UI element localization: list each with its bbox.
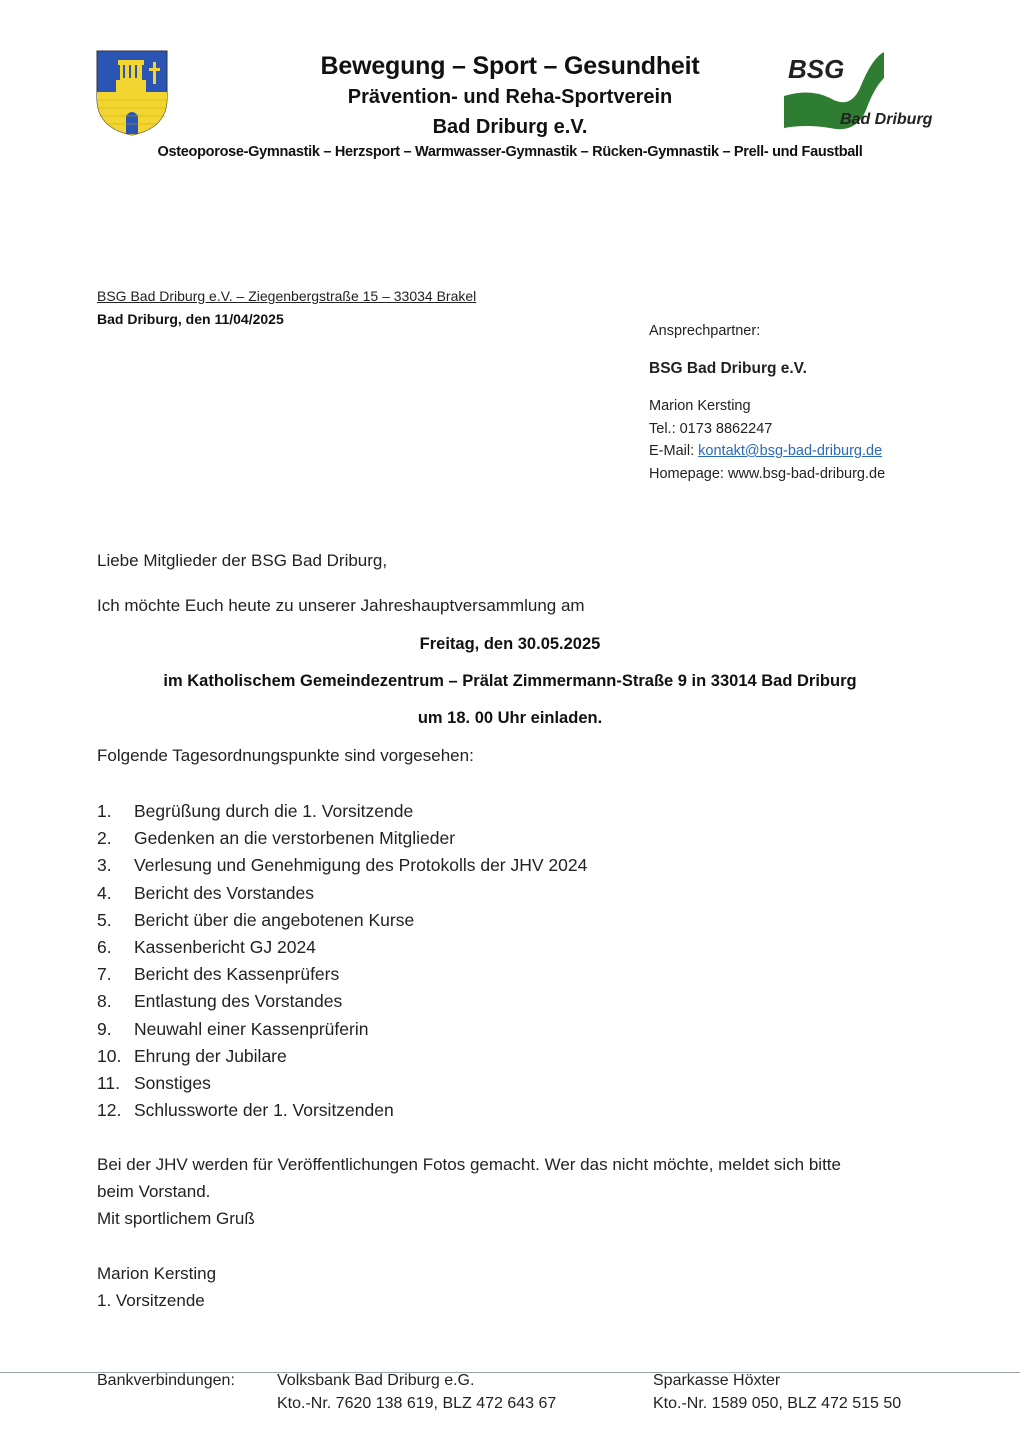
contact-org: BSG Bad Driburg e.V. (649, 358, 885, 381)
event-time: um 18. 00 Uhr einladen. (0, 709, 1020, 728)
bank2-account: Kto.-Nr. 1589 050, BLZ 472 515 50 (653, 1392, 901, 1415)
agenda-item-number: 7. (97, 963, 134, 990)
agenda-item: 5.Bericht über die angebotenen Kurse (97, 909, 587, 936)
signature-name: Marion Kersting (97, 1264, 216, 1284)
agenda-item-text: Begrüßung durch die 1. Vorsitzende (134, 800, 413, 827)
bank1-name: Volksbank Bad Driburg e.G. (277, 1369, 556, 1392)
header-org-name: Bad Driburg e.V. (0, 116, 1020, 139)
agenda-item-number: 8. (97, 990, 134, 1017)
agenda-item-number: 3. (97, 854, 134, 881)
agenda-intro: Folgende Tagesordnungspunkte sind vorges… (97, 746, 474, 766)
agenda-item-number: 6. (97, 936, 134, 963)
bank1-account: Kto.-Nr. 7620 138 619, BLZ 472 643 67 (277, 1392, 556, 1415)
footer-bank1: Volksbank Bad Driburg e.G. Kto.-Nr. 7620… (277, 1369, 556, 1415)
agenda-item-text: Ehrung der Jubilare (134, 1045, 287, 1072)
footer-label: Bankverbindungen: (97, 1369, 235, 1392)
agenda-item-text: Gedenken an die verstorbenen Mitglieder (134, 827, 455, 854)
agenda-item-number: 10. (97, 1045, 134, 1072)
agenda-item-number: 5. (97, 909, 134, 936)
agenda-item: 9.Neuwahl einer Kassenprüferin (97, 1018, 587, 1045)
agenda-item: 6.Kassenbericht GJ 2024 (97, 936, 587, 963)
contact-email-link[interactable]: kontakt@bsg-bad-driburg.de (698, 443, 882, 459)
agenda-item-number: 12. (97, 1099, 134, 1126)
agenda-item-number: 9. (97, 1018, 134, 1045)
header-subtitle: Prävention- und Reha-Sportverein (0, 86, 1020, 109)
signature-role: 1. Vorsitzende (97, 1291, 205, 1311)
header-title: Bewegung – Sport – Gesundheit (0, 52, 1020, 81)
agenda-item: 11.Sonstiges (97, 1072, 587, 1099)
contact-email-label: E-Mail: (649, 443, 698, 459)
event-date: Freitag, den 30.05.2025 (0, 635, 1020, 654)
agenda-item-number: 11. (97, 1072, 134, 1099)
event-place: im Katholischem Gemeindezentrum – Prälat… (0, 672, 1020, 691)
contact-homepage: Homepage: www.bsg-bad-driburg.de (649, 463, 885, 486)
agenda-item: 12.Schlussworte der 1. Vorsitzenden (97, 1099, 587, 1126)
greeting: Liebe Mitglieder der BSG Bad Driburg, (97, 551, 387, 571)
sender-address: BSG Bad Driburg e.V. – Ziegenbergstraße … (97, 288, 476, 304)
agenda-item: 1.Begrüßung durch die 1. Vorsitzende (97, 800, 587, 827)
agenda-item: 10.Ehrung der Jubilare (97, 1045, 587, 1072)
agenda-item-text: Sonstiges (134, 1072, 211, 1099)
agenda-item-number: 1. (97, 800, 134, 827)
agenda-item-text: Entlastung des Vorstandes (134, 990, 342, 1017)
agenda-item-text: Verlesung und Genehmigung des Protokolls… (134, 854, 587, 881)
agenda-list: 1.Begrüßung durch die 1. Vorsitzende2.Ge… (97, 800, 587, 1126)
agenda-item: 3.Verlesung und Genehmigung des Protokol… (97, 854, 587, 881)
agenda-item: 7.Bericht des Kassenprüfers (97, 963, 587, 990)
agenda-item-text: Bericht des Vorstandes (134, 882, 314, 909)
agenda-item-text: Bericht des Kassenprüfers (134, 963, 339, 990)
agenda-item: 2.Gedenken an die verstorbenen Mitgliede… (97, 827, 587, 854)
intro-text: Ich möchte Euch heute zu unserer Jahresh… (97, 596, 585, 616)
footer-bank2: Sparkasse Höxter Kto.-Nr. 1589 050, BLZ … (653, 1369, 901, 1415)
agenda-item-number: 2. (97, 827, 134, 854)
agenda-item-text: Bericht über die angebotenen Kurse (134, 909, 414, 936)
agenda-item-text: Neuwahl einer Kassenprüferin (134, 1018, 368, 1045)
photo-note-line2: beim Vorstand. (97, 1182, 210, 1202)
agenda-item: 8.Entlastung des Vorstandes (97, 990, 587, 1017)
contact-label: Ansprechpartner: (649, 320, 885, 343)
agenda-item-text: Schlussworte der 1. Vorsitzenden (134, 1099, 394, 1126)
photo-note-line1: Bei der JHV werden für Veröffentlichunge… (97, 1155, 841, 1175)
agenda-item: 4.Bericht des Vorstandes (97, 882, 587, 909)
contact-name: Marion Kersting (649, 395, 885, 418)
agenda-item-text: Kassenbericht GJ 2024 (134, 936, 316, 963)
agenda-item-number: 4. (97, 882, 134, 909)
header-sports-list: Osteoporose-Gymnastik – Herzsport – Warm… (0, 144, 1020, 160)
contact-block: Ansprechpartner: BSG Bad Driburg e.V. Ma… (649, 320, 885, 485)
letter-date: Bad Driburg, den 11/04/2025 (97, 311, 284, 327)
contact-phone: Tel.: 0173 8862247 (649, 418, 885, 441)
closing: Mit sportlichem Gruß (97, 1209, 255, 1229)
bank2-name: Sparkasse Höxter (653, 1369, 901, 1392)
contact-email-row: E-Mail: kontakt@bsg-bad-driburg.de (649, 440, 885, 463)
